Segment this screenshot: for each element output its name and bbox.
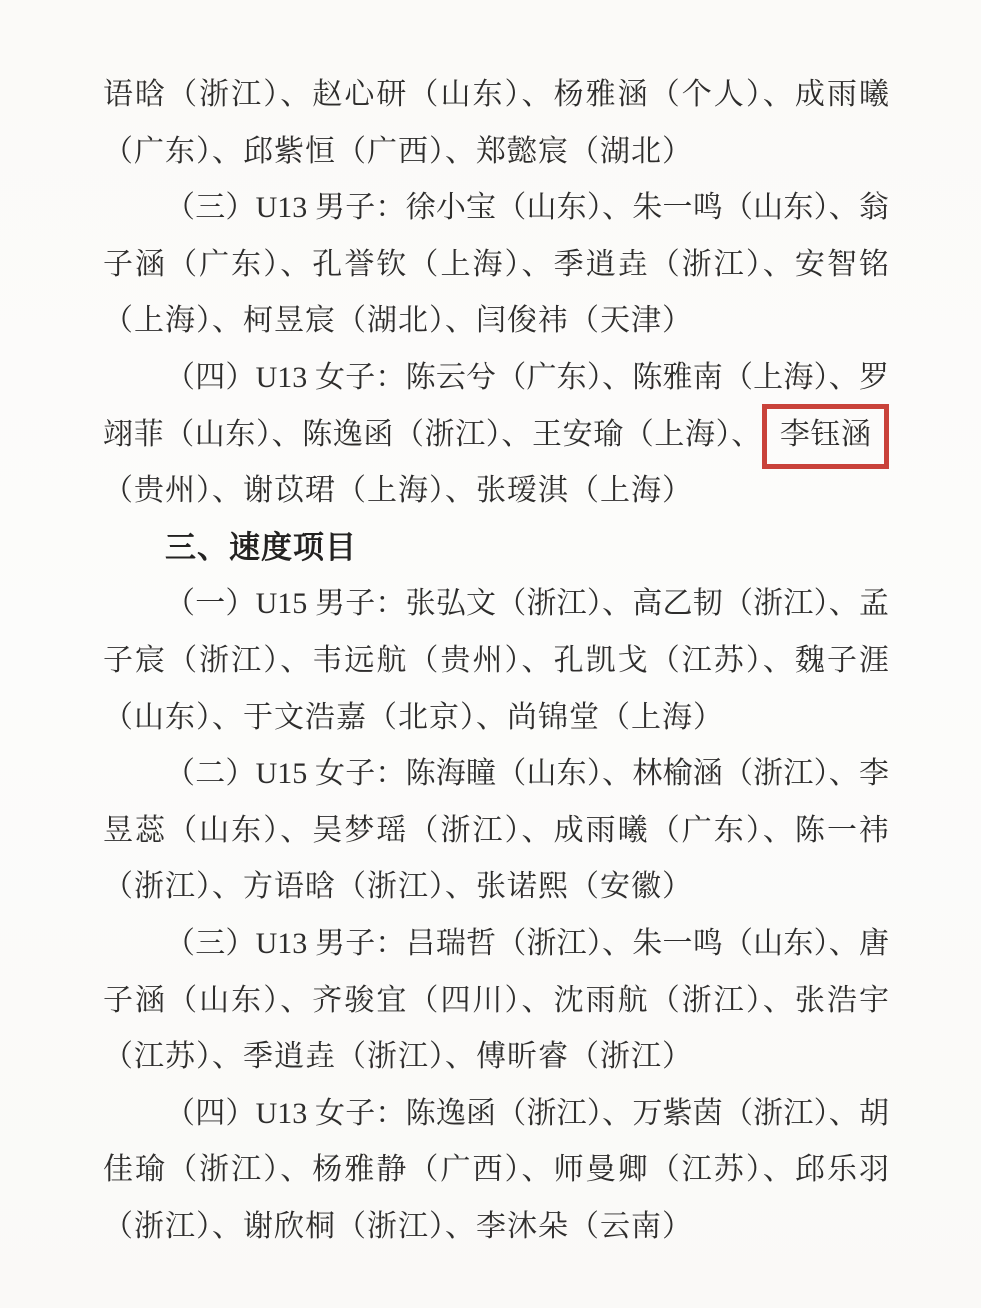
document-line: 子涵（山东）、齐骏宜（四川）、沈雨航（浙江）、张浩宇 bbox=[103, 973, 889, 1030]
document-line: （江苏）、季逍垚（浙江）、傅昕睿（浙江） bbox=[103, 1029, 889, 1086]
line-text: （二）U15 女子：陈海瞳（山东）、林榆涵（浙江）、李 bbox=[165, 757, 889, 790]
line-text: （四）U13 女子：陈云兮（广东）、陈雅南（上海）、罗 bbox=[165, 361, 889, 394]
document-line: （山东）、于文浩嘉（北京）、尚锦堂（上海） bbox=[103, 690, 889, 747]
document-line: （三）U13 男子：吕瑞哲（浙江）、朱一鸣（山东）、唐 bbox=[103, 916, 889, 973]
line-text: （山东）、于文浩嘉（北京）、尚锦堂（上海） bbox=[103, 701, 724, 734]
document-line: （四）U13 女子：陈逸函（浙江）、万紫茵（浙江）、胡 bbox=[103, 1086, 889, 1143]
document-line: 昱蕊（山东）、吴梦瑶（浙江）、成雨曦（广东）、陈一祎 bbox=[103, 803, 889, 860]
document-line: 翊菲（山东）、陈逸函（浙江）、王安瑜（上海）、李钰涵 bbox=[103, 407, 889, 464]
document-line: （浙江）、方语晗（浙江）、张诺熙（安徽） bbox=[103, 859, 889, 916]
line-text: （一）U15 男子：张弘文（浙江）、高乙韧（浙江）、孟 bbox=[165, 587, 889, 620]
line-text: （江苏）、季逍垚（浙江）、傅昕睿（浙江） bbox=[103, 1040, 693, 1073]
document-line: 佳瑜（浙江）、杨雅静（广西）、师曼卿（江苏）、邱乐羽 bbox=[103, 1142, 889, 1199]
line-text: 翊菲（山东）、陈逸函（浙江）、王安瑜（上海）、 bbox=[103, 418, 762, 451]
document-line: （三）U13 男子：徐小宝（山东）、朱一鸣（山东）、翁 bbox=[103, 180, 889, 237]
line-text: 子宸（浙江）、韦远航（贵州）、孔凯戈（江苏）、魏子涯 bbox=[103, 644, 889, 677]
line-text: （三）U13 男子：徐小宝（山东）、朱一鸣（山东）、翁 bbox=[165, 191, 889, 224]
document-line: （广东）、邱紫恒（广西）、郑懿宸（湖北） bbox=[103, 124, 889, 181]
red-highlight-box: 李钰涵 bbox=[762, 404, 889, 469]
document-line: （二）U15 女子：陈海瞳（山东）、林榆涵（浙江）、李 bbox=[103, 746, 889, 803]
document-line: 子涵（广东）、孔誉钦（上海）、季逍垚（浙江）、安智铭 bbox=[103, 237, 889, 294]
document-body: 语晗（浙江）、赵心研（山东）、杨雅涵（个人）、成雨曦（广东）、邱紫恒（广西）、郑… bbox=[103, 67, 889, 1255]
document-line: 子宸（浙江）、韦远航（贵州）、孔凯戈（江苏）、魏子涯 bbox=[103, 633, 889, 690]
document-line: （一）U15 男子：张弘文（浙江）、高乙韧（浙江）、孟 bbox=[103, 576, 889, 633]
line-text: 子涵（山东）、齐骏宜（四川）、沈雨航（浙江）、张浩宇 bbox=[103, 984, 889, 1017]
line-text: （上海）、柯昱宸（湖北）、闫俊祎（天津） bbox=[103, 304, 693, 337]
line-text: （浙江）、方语晗（浙江）、张诺熙（安徽） bbox=[103, 870, 693, 903]
document-line: （四）U13 女子：陈云兮（广东）、陈雅南（上海）、罗 bbox=[103, 350, 889, 407]
line-text: （三）U13 男子：吕瑞哲（浙江）、朱一鸣（山东）、唐 bbox=[165, 927, 889, 960]
line-text: 三、速度项目 bbox=[165, 530, 357, 565]
document-line: （上海）、柯昱宸（湖北）、闫俊祎（天津） bbox=[103, 293, 889, 350]
document-line: （浙江）、谢欣桐（浙江）、李沐朵（云南） bbox=[103, 1199, 889, 1256]
document-line: （贵州）、谢苡珺（上海）、张瑷淇（上海） bbox=[103, 463, 889, 520]
line-text: （贵州）、谢苡珺（上海）、张瑷淇（上海） bbox=[103, 474, 693, 507]
line-text: （广东）、邱紫恒（广西）、郑懿宸（湖北） bbox=[103, 135, 693, 168]
line-text: 佳瑜（浙江）、杨雅静（广西）、师曼卿（江苏）、邱乐羽 bbox=[103, 1153, 889, 1186]
document-page: 语晗（浙江）、赵心研（山东）、杨雅涵（个人）、成雨曦（广东）、邱紫恒（广西）、郑… bbox=[0, 0, 981, 1308]
document-line: 语晗（浙江）、赵心研（山东）、杨雅涵（个人）、成雨曦 bbox=[103, 67, 889, 124]
line-text: （浙江）、谢欣桐（浙江）、李沐朵（云南） bbox=[103, 1210, 693, 1243]
line-text: （四）U13 女子：陈逸函（浙江）、万紫茵（浙江）、胡 bbox=[165, 1097, 889, 1130]
line-text: 语晗（浙江）、赵心研（山东）、杨雅涵（个人）、成雨曦 bbox=[103, 78, 889, 111]
line-text: 子涵（广东）、孔誉钦（上海）、季逍垚（浙江）、安智铭 bbox=[103, 248, 889, 281]
line-text: 昱蕊（山东）、吴梦瑶（浙江）、成雨曦（广东）、陈一祎 bbox=[103, 814, 889, 847]
section-heading: 三、速度项目 bbox=[103, 520, 889, 577]
